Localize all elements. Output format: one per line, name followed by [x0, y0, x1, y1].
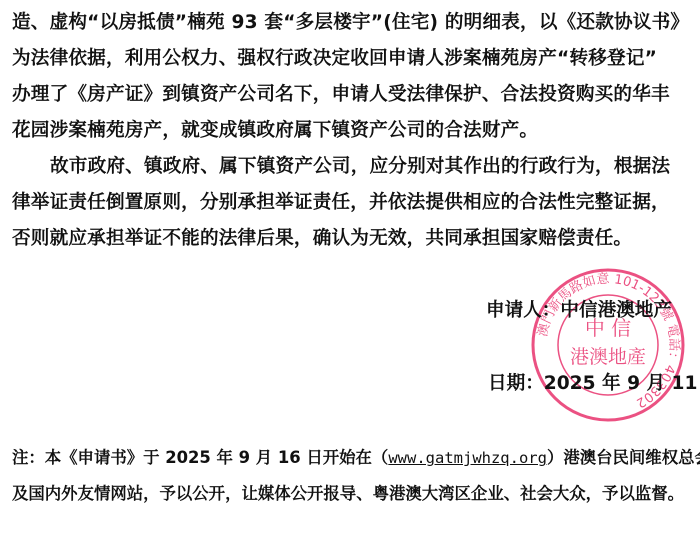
applicant-signature: 申请人：中信港澳地产: [486, 300, 672, 322]
note-line2: 及国内外友情网站，予以公开，让媒体公开报导、粤港澳大湾区企业、社会大众，予以监督…: [12, 483, 684, 505]
website-link[interactable]: www.gatmjwhzq.org: [388, 449, 547, 467]
company-seal-stamp: 澳門新馬路如意 101-123號 電話：403302 中 信 港澳地產: [530, 267, 686, 423]
paragraph2-line2: 律举证责任倒置原则，分别承担举证责任，并依法提供相应的合法性完整证据，: [12, 192, 670, 214]
signature-date: 日期：2025 年 9 月 11 日: [488, 373, 700, 395]
note-prefix: 注：本《申请书》于 2025 年 9 月 16 日开始在（: [12, 448, 388, 467]
paragraph2-line3: 否则就应承担举证不能的法律后果，确认为无效，共同承担国家赔偿责任。: [12, 228, 632, 250]
paragraph1-line4: 花园涉案楠苑房产，就变成镇政府属下镇资产公司的合法财产。: [12, 120, 538, 142]
paragraph1-line1: 造、虚构“以房抵债”楠苑 93 套“多层楼宇”(住宅) 的明细表，以《还款协议书…: [12, 12, 689, 34]
paragraph1-line3: 办理了《房产证》到镇资产公司名下，申请人受法律保护、合法投资购买的华丰: [12, 84, 670, 106]
note-line1: 注：本《申请书》于 2025 年 9 月 16 日开始在（www.gatmjwh…: [12, 447, 700, 469]
note-suffix: ）港澳台民间维权总会: [547, 448, 700, 467]
paragraph1-line2: 为法律依据，利用公权力、强权行政决定收回申请人涉案楠苑房产“转移登记”: [12, 48, 657, 70]
paragraph2-line1: 故市政府、镇政府、属下镇资产公司，应分别对其作出的行政行为，根据法: [50, 156, 670, 178]
stamp-center-line2: 港澳地產: [570, 346, 646, 368]
